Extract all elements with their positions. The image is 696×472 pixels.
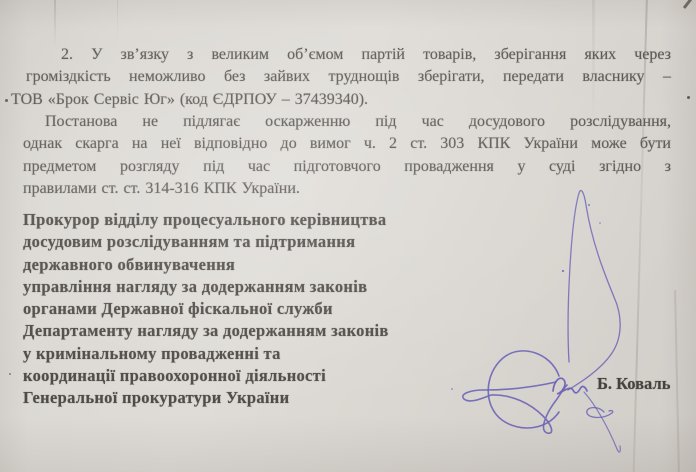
title-line: державного обвинувачення: [23, 254, 493, 276]
paper-speck: [5, 99, 8, 102]
title-line: Генеральної прокуратури України: [23, 387, 493, 409]
title-line: Прокурор відділу процесуального керівниц…: [23, 209, 493, 231]
paragraph-line: ТОВ «Брок Сервіс Юг» (код ЄДРПОУ – 37439…: [11, 89, 671, 111]
title-line: Департаменту нагляду за додержанням зако…: [23, 320, 493, 342]
paper-crease: [54, 0, 56, 48]
title-line: досудовим розслідуванням та підтримання: [23, 231, 493, 253]
paragraph-line: правилами ст. ст. 314-316 КПК України.: [23, 178, 671, 200]
paragraph-line: Постанова не підлягає оскарженню під час…: [23, 111, 671, 133]
paper-crease: [117, 0, 118, 40]
corner-ink-mark: [683, 0, 692, 9]
paper-speck: [160, 57, 162, 59]
paper-speck: [687, 96, 690, 99]
paper-speck: [9, 373, 11, 375]
title-line: у кримінальному провадженні та: [23, 343, 493, 365]
body-paragraph-1: 2. У зв’язку з великим об’ємом партій то…: [23, 44, 671, 111]
title-line: управління нагляду за додержанням законі…: [23, 276, 493, 298]
paragraph-line: 2. У зв’язку з великим об’ємом партій то…: [23, 44, 671, 66]
title-line: координації правоохоронної діяльності: [23, 365, 493, 387]
document-page: 2. У зв’язку з великим об’ємом партій то…: [0, 0, 696, 472]
title-line: органами Державної фіскальної служби: [23, 298, 493, 320]
paragraph-line: предметом розгляду під час підготовчого …: [23, 156, 671, 178]
signature-title-block: Прокурор відділу процесуального керівниц…: [23, 209, 493, 410]
paragraph-line: однак скарга на неї відповідно до вимог …: [23, 133, 671, 155]
signatory-name: Б. Коваль: [597, 374, 670, 394]
paragraph-line: громіздкість неможливо без зайвих трудно…: [26, 66, 671, 88]
body-paragraph-2: Постанова не підлягає оскарженню під час…: [23, 111, 671, 201]
paper-fold-line: [674, 290, 679, 472]
